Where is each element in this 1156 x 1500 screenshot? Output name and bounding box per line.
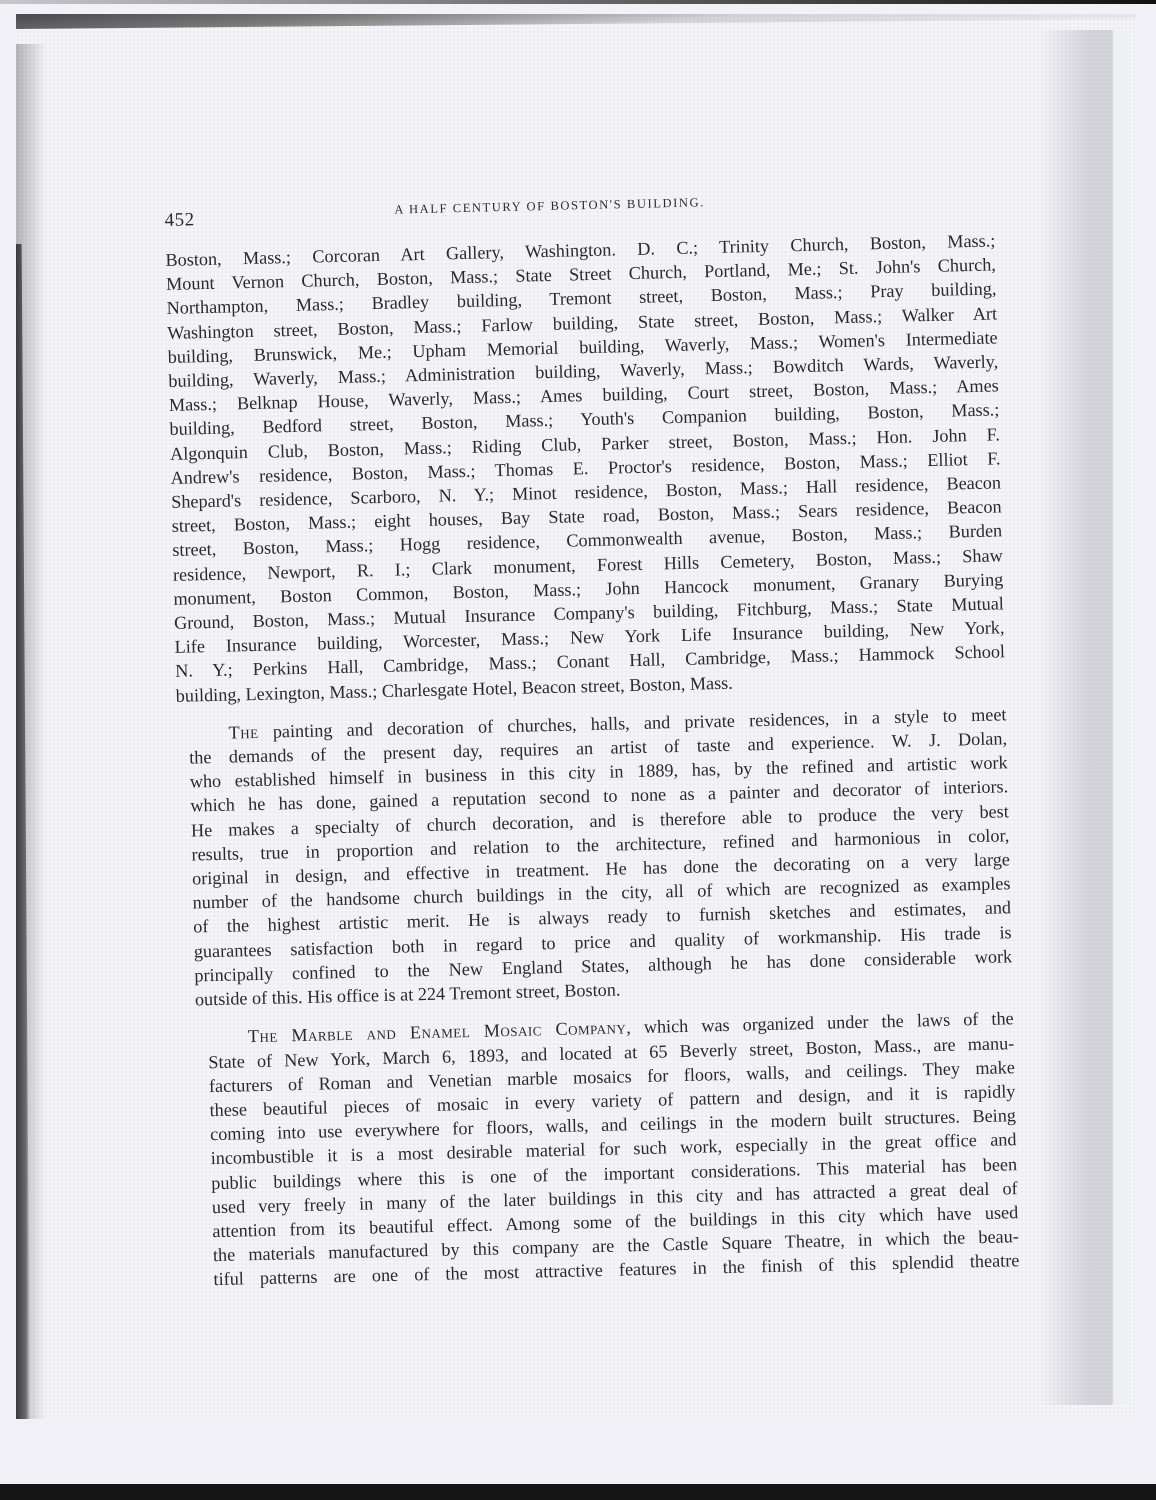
paragraph-buildings-list: Boston, Mass.; Corcoran Art Gallery, Was… xyxy=(165,228,1006,707)
page-text-block: 452 A HALF CENTURY OF BOSTON'S BUILDING.… xyxy=(164,176,1020,1292)
lead-small-caps: The xyxy=(228,722,258,743)
running-head-title: A HALF CENTURY OF BOSTON'S BUILDING. xyxy=(394,195,705,217)
scanner-top-edge xyxy=(0,0,1156,4)
scanner-bottom-edge xyxy=(0,1484,1156,1500)
page-top-shadow xyxy=(16,14,1136,34)
paragraph-dolan: The painting and decoration of churches,… xyxy=(188,702,1013,1012)
paragraph-marble-mosaic: The Marble and Enamel Mosaic Company, wh… xyxy=(208,1007,1020,1292)
page-number: 452 xyxy=(164,209,195,232)
page-right-gutter xyxy=(1040,30,1130,1405)
scan-frame: 452 A HALF CENTURY OF BOSTON'S BUILDING.… xyxy=(0,0,1156,1500)
